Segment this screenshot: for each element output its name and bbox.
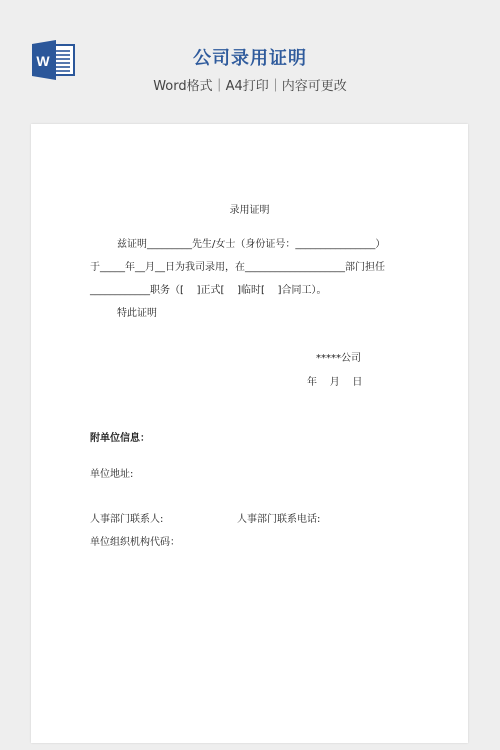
address-label: 单位地址: bbox=[90, 465, 133, 480]
signature-date: 年 月 日 bbox=[307, 373, 362, 388]
document-page: 录用证明 兹证明_________先生/女士（身份证号：____________… bbox=[31, 124, 468, 743]
attach-heading: 附单位信息： bbox=[90, 429, 150, 444]
page-title: 公司录用证明 bbox=[0, 44, 500, 70]
hr-phone-label: 人事部门联系电话: bbox=[237, 510, 320, 525]
document-title: 录用证明 bbox=[31, 201, 468, 216]
closing-line: 特此证明 bbox=[117, 304, 157, 319]
body-line-2: 于_____年__月__日为我司录用，在____________________… bbox=[90, 258, 385, 273]
body-line-3: ____________职务（[ ]正式[ ]临时[ ]合同工）。 bbox=[90, 281, 327, 296]
org-code-label: 单位组织机构代码： bbox=[90, 533, 180, 548]
body-line-1: 兹证明_________先生/女士（身份证号：________________） bbox=[117, 235, 385, 250]
page-subtitle: Word格式｜A4打印｜内容可更改 bbox=[0, 75, 500, 94]
signature-company: *****公司 bbox=[316, 349, 361, 364]
hr-contact-label: 人事部门联系人: bbox=[90, 510, 163, 525]
